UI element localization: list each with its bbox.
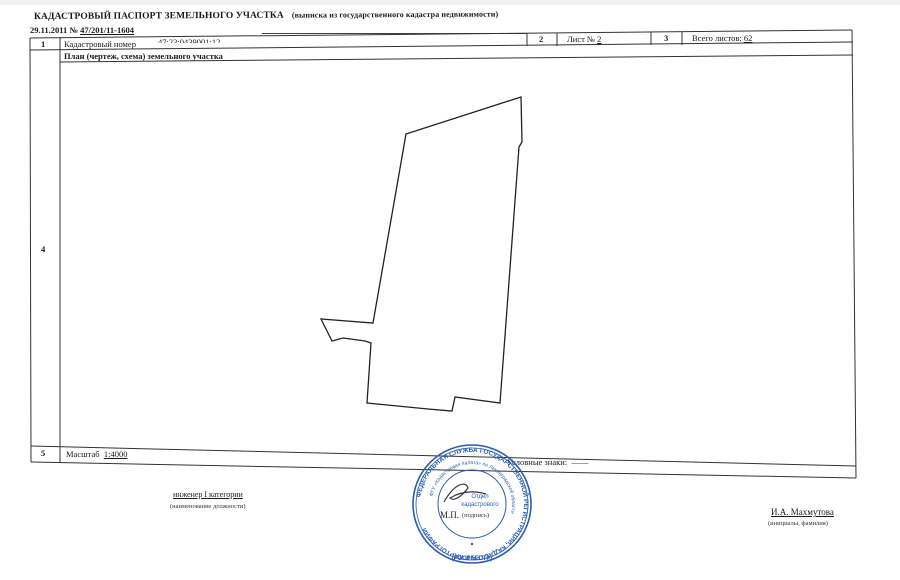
signer-name: И.А. Махмутова bbox=[771, 507, 834, 517]
land-plot-boundary bbox=[321, 97, 522, 411]
stamp-seal-icon: ФЕДЕРАЛЬНАЯ СЛУЖБА ГОСУДАРСТВЕННОЙ РЕГИС… bbox=[410, 440, 534, 570]
scale: Масштаб 1:4000 bbox=[66, 449, 127, 459]
scale-label: Масштаб bbox=[66, 449, 100, 459]
signer-name-caption: (инициалы, фамилия) bbox=[768, 520, 828, 527]
signer-position-caption: (наименование должности) bbox=[170, 503, 246, 510]
row5-number: 5 bbox=[41, 448, 45, 458]
svg-text:Отдел: Отдел bbox=[471, 494, 489, 500]
stamp-place-label: М.П. bbox=[440, 510, 459, 520]
signature-caption: (подпись) bbox=[462, 512, 489, 519]
official-stamp: ФЕДЕРАЛЬНАЯ СЛУЖБА ГОСУДАРСТВЕННОЙ РЕГИС… bbox=[410, 440, 534, 570]
svg-text:(РОСРЕЕСТР): (РОСРЕЕСТР) bbox=[452, 556, 493, 562]
signer-position: инженер I категории bbox=[173, 490, 243, 499]
legend-line-symbol: —— bbox=[571, 457, 588, 467]
svg-text:кадастрового: кадастрового bbox=[461, 502, 499, 508]
scale-value: 1:4000 bbox=[104, 449, 128, 459]
